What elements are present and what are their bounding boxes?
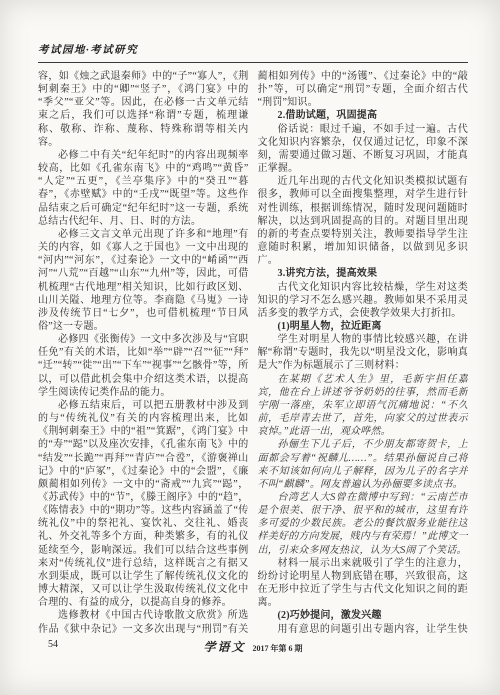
quote-paragraph: 孙俪生下儿子后，不少朋友都寄贺卡，上面都会写着“祝麟儿……”。结果孙俪说自己将来… <box>258 438 469 491</box>
paragraph: 必修五结束后，可以把五册教材中涉及到的与“传统礼仪”有关的内容梳理出来，比如《荆… <box>38 399 249 610</box>
quote-paragraph: 台湾艺人大S曾在微博中写到：“云南芒市是个很美、很干净、很平和的城市，这里有许多… <box>258 491 469 557</box>
page-header: 考试园地·考试研究 <box>38 40 468 63</box>
paragraph: 古代文化知识内容比较枯燥，学生对这类知识的学习不怎么感兴趣。教师如果不采用灵活多… <box>258 281 469 320</box>
scanned-journal-page: 考试园地·考试研究 容，如《烛之武退秦师》中的“子”“寡人”，《荆轲刺秦王》中的… <box>0 0 500 695</box>
section-heading: 3.讲究方法，提高效果 <box>258 267 469 280</box>
page-footer: 54 学语文 2017 年第 6 期 <box>38 638 468 656</box>
section-heading: 2.借助试题，巩固提高 <box>258 109 469 122</box>
sub-heading: (1)明星人物，拉近距离 <box>258 320 469 333</box>
paragraph: 蔺相如列传》中的“汤镬”、《过秦论》中的“敲扑”等，可以确定“刑罚”专题，全面介… <box>258 70 469 109</box>
two-column-body: 容，如《烛之武退秦师》中的“子”“寡人”，《荆轲刺秦王》中的“卿”“竖子”，《鸿… <box>38 70 468 636</box>
paragraph: 俗话说：眼过千遍，不如手过一遍。古代文化知识内容繁杂，仅仅通过记忆，印象不深刻，… <box>258 123 469 176</box>
left-column: 容，如《烛之武退秦师》中的“子”“寡人”，《荆轲刺秦王》中的“卿”“竖子”，《鸿… <box>38 70 249 636</box>
section-title: 考试园地·考试研究 <box>38 45 138 56</box>
paragraph: 学生对明星人物的事情比较感兴趣，在讲解“称谓”专题时，我先以“明星没文化，影响真… <box>258 333 469 372</box>
paragraph: 必修四《张衡传》一文中多次涉及与“官职任免”有关的术语，比如“举”“辟”“召”“… <box>38 333 249 399</box>
paragraph: 必修二中有关“纪年纪时”的内容出现频率较高，比如《孔雀东南飞》中的“鸡鸣”“黄昏… <box>38 149 249 228</box>
journal-mark: 学语文 2017 年第 6 期 <box>38 638 468 656</box>
right-column: 蔺相如列传》中的“汤镬”、《过秦论》中的“敲扑”等，可以确定“刑罚”专题，全面介… <box>258 70 469 636</box>
paragraph: 选修教材《中国古代诗歌散文欣赏》所选作品《狱中杂记》一文多次出现与“刑罚”有关的… <box>38 609 249 636</box>
paragraph: 材料一展示出来就吸引了学生的注意力，纷纷讨论明星人物到底错在哪，兴致很高，这在无… <box>258 557 469 610</box>
journal-name-logo: 学语文 <box>203 640 245 654</box>
paragraph: 容，如《烛之武退秦师》中的“子”“寡人”，《荆轲刺秦王》中的“卿”“竖子”，《鸿… <box>38 70 249 149</box>
paragraph: 近几年出现的古代文化知识类模拟试题有很多，教师可以全面搜集整理，对学生进行针对性… <box>258 175 469 267</box>
journal-issue: 2017 年第 6 期 <box>253 644 303 653</box>
paragraph: 必修三文言文单元出现了许多和“地理”有关的内容，如《寡人之于国也》一文中出现的“… <box>38 228 249 333</box>
paragraph: 用有意思的问题引出专题内容，让学生快速进入情境，激发学生的兴趣。比如在讲解“纪年… <box>258 623 469 636</box>
sub-heading: (2)巧妙提问，激发兴趣 <box>258 609 469 622</box>
quote-paragraph: 在某期《艺术人生》里，毛新宇担任嘉宾，他在台上讲述爷爷奶奶的往事，然而毛新宇刚一… <box>258 373 469 439</box>
